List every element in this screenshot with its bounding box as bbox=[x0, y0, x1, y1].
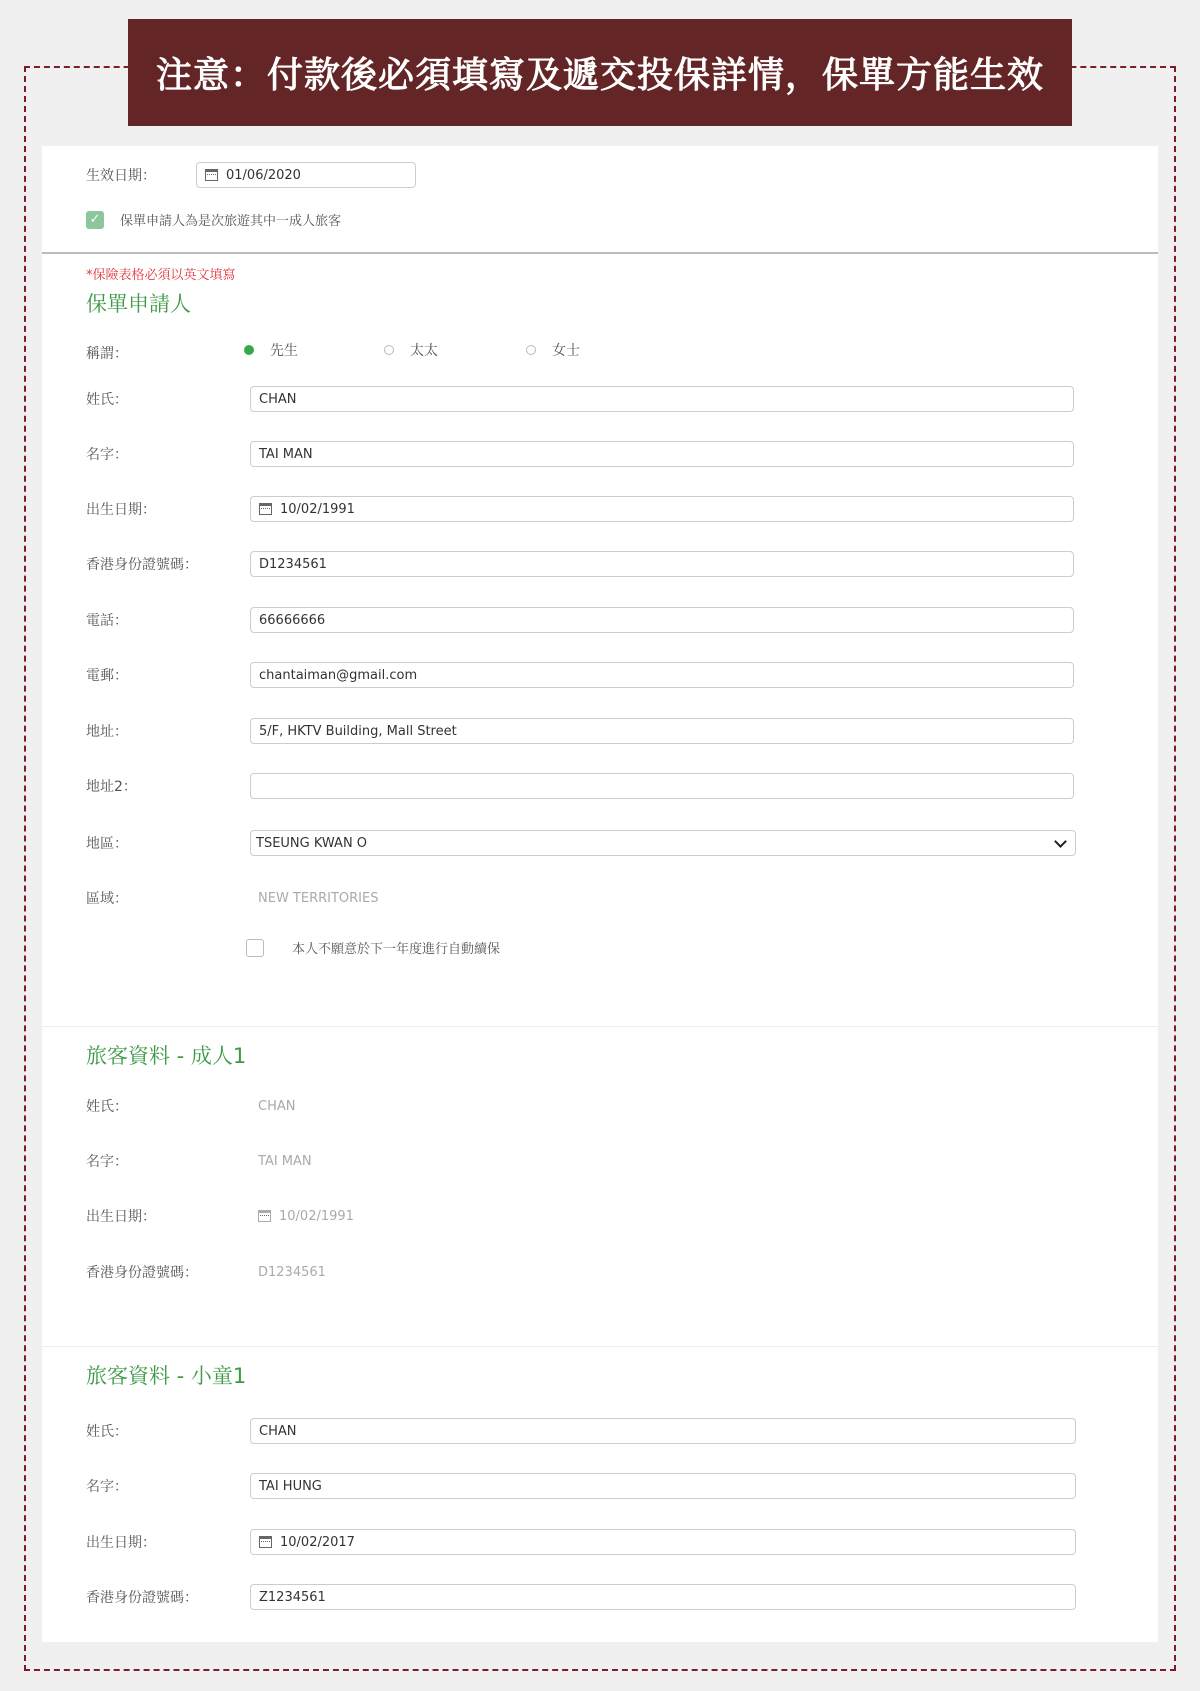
auto-renew-opt-out-label: 本人不願意於下一年度進行自動續保 bbox=[292, 938, 500, 957]
child1-surname-input[interactable]: CHAN bbox=[250, 1418, 1076, 1444]
salutation-option-label: 先生 bbox=[270, 340, 298, 360]
effective-date-label: 生效日期： bbox=[86, 165, 196, 185]
address-label: 地址： bbox=[86, 721, 250, 741]
adult1-dob-row: 出生日期： 10/02/1991 bbox=[86, 1206, 354, 1226]
salutation-option-ms[interactable]: 女士 bbox=[526, 340, 580, 360]
applicant-region-row: 區域： NEW TERRITORIES bbox=[86, 888, 379, 908]
applicant-surname-input[interactable]: CHAN bbox=[250, 386, 1074, 412]
notice-banner: 注意：付款後必須填寫及遞交投保詳情，保單方能生效 bbox=[128, 19, 1072, 126]
region-value: NEW TERRITORIES bbox=[250, 891, 379, 906]
adult1-hkid-row: 香港身份證號碼： D1234561 bbox=[86, 1262, 326, 1282]
surname-label: 姓氏： bbox=[86, 389, 250, 409]
calendar-icon bbox=[205, 169, 218, 181]
auto-renew-row: 本人不願意於下一年度進行自動續保 bbox=[246, 938, 500, 957]
dob-label: 出生日期： bbox=[86, 1532, 250, 1552]
applicant-address-input[interactable]: 5/F, HKTV Building, Mall Street bbox=[250, 718, 1074, 744]
district-select[interactable]: TSEUNG KWAN O bbox=[250, 830, 1076, 856]
applicant-email-row: 電郵： chantaiman@gmail.com bbox=[86, 662, 1074, 688]
applicant-address2-input[interactable] bbox=[250, 773, 1074, 799]
district-label: 地區： bbox=[86, 833, 250, 853]
child1-dob-row: 出生日期： 10/02/2017 bbox=[86, 1529, 1076, 1555]
adult1-dob: 10/02/1991 bbox=[250, 1209, 354, 1224]
applicant-is-traveler-checkbox[interactable]: ✓ bbox=[86, 211, 104, 229]
effective-date-row: 生效日期： 01/06/2020 bbox=[86, 162, 416, 188]
applicant-hkid-row: 香港身份證號碼： D1234561 bbox=[86, 551, 1074, 577]
section-divider bbox=[42, 1346, 1158, 1347]
adult1-surname-row: 姓氏： CHAN bbox=[86, 1096, 295, 1116]
surname-label: 姓氏： bbox=[86, 1096, 250, 1116]
adult1-section-title: 旅客資料 - 成人1 bbox=[86, 1040, 246, 1070]
child1-hkid-input[interactable]: Z1234561 bbox=[250, 1584, 1076, 1610]
child1-section-title: 旅客資料 - 小童1 bbox=[86, 1360, 246, 1390]
adult1-given-name-row: 名字： TAI MAN bbox=[86, 1151, 312, 1171]
child1-dob-input[interactable]: 10/02/2017 bbox=[250, 1529, 1076, 1555]
surname-label: 姓氏： bbox=[86, 1421, 250, 1441]
given-name-label: 名字： bbox=[86, 1151, 250, 1171]
applicant-section-title: 保單申請人 bbox=[86, 288, 191, 318]
adult1-surname-value: CHAN bbox=[250, 1099, 295, 1114]
salutation-option-label: 女士 bbox=[552, 340, 580, 360]
applicant-address-row: 地址： 5/F, HKTV Building, Mall Street bbox=[86, 718, 1074, 744]
applicant-is-traveler-row: ✓ 保單申請人為是次旅遊其中一成人旅客 bbox=[86, 210, 341, 229]
adult1-hkid-value: D1234561 bbox=[250, 1265, 326, 1280]
region-label: 區域： bbox=[86, 888, 250, 908]
address2-label: 地址2： bbox=[86, 776, 250, 796]
applicant-district-row: 地區： TSEUNG KWAN O bbox=[86, 830, 1076, 856]
email-label: 電郵： bbox=[86, 665, 250, 685]
given-name-label: 名字： bbox=[86, 444, 250, 464]
district-value: TSEUNG KWAN O bbox=[256, 836, 367, 851]
applicant-given-name-input[interactable]: TAI MAN bbox=[250, 441, 1074, 467]
calendar-icon bbox=[259, 1536, 272, 1548]
applicant-phone-input[interactable]: 66666666 bbox=[250, 607, 1074, 633]
divider bbox=[42, 252, 1158, 254]
applicant-dob-value: 10/02/1991 bbox=[280, 502, 355, 517]
applicant-given-name-row: 名字： TAI MAN bbox=[86, 441, 1074, 467]
calendar-icon bbox=[259, 503, 272, 515]
applicant-surname-row: 姓氏： CHAN bbox=[86, 386, 1074, 412]
applicant-is-traveler-label: 保單申請人為是次旅遊其中一成人旅客 bbox=[120, 210, 341, 229]
calendar-icon bbox=[258, 1210, 271, 1222]
adult1-dob-value: 10/02/1991 bbox=[279, 1209, 354, 1224]
applicant-address2-row: 地址2： bbox=[86, 773, 1074, 799]
applicant-email-input[interactable]: chantaiman@gmail.com bbox=[250, 662, 1074, 688]
salutation-option-label: 太太 bbox=[410, 340, 438, 360]
radio-unselected-icon bbox=[384, 345, 394, 355]
chevron-down-icon bbox=[1054, 835, 1067, 848]
child1-hkid-row: 香港身份證號碼： Z1234561 bbox=[86, 1584, 1076, 1610]
salutation-option-mrs[interactable]: 太太 bbox=[384, 340, 438, 360]
dob-label: 出生日期： bbox=[86, 499, 250, 519]
applicant-hkid-input[interactable]: D1234561 bbox=[250, 551, 1074, 577]
hkid-label: 香港身份證號碼： bbox=[86, 554, 250, 574]
applicant-dob-input[interactable]: 10/02/1991 bbox=[250, 496, 1074, 522]
salutation-label: 稱謂： bbox=[86, 343, 250, 363]
applicant-phone-row: 電話： 66666666 bbox=[86, 607, 1074, 633]
child1-given-name-input[interactable]: TAI HUNG bbox=[250, 1473, 1076, 1499]
radio-unselected-icon bbox=[526, 345, 536, 355]
given-name-label: 名字： bbox=[86, 1476, 250, 1496]
child1-given-name-row: 名字： TAI HUNG bbox=[86, 1473, 1076, 1499]
effective-date-value: 01/06/2020 bbox=[226, 168, 301, 183]
effective-date-input[interactable]: 01/06/2020 bbox=[196, 162, 416, 188]
hkid-label: 香港身份證號碼： bbox=[86, 1262, 250, 1282]
auto-renew-opt-out-checkbox[interactable] bbox=[246, 939, 264, 957]
radio-selected-icon bbox=[244, 345, 254, 355]
adult1-given-name-value: TAI MAN bbox=[250, 1154, 312, 1169]
child1-dob-value: 10/02/2017 bbox=[280, 1535, 355, 1550]
dob-label: 出生日期： bbox=[86, 1206, 250, 1226]
applicant-dob-row: 出生日期： 10/02/1991 bbox=[86, 496, 1074, 522]
form-panel: 生效日期： 01/06/2020 ✓ 保單申請人為是次旅遊其中一成人旅客 *保險… bbox=[42, 146, 1158, 1642]
phone-label: 電話： bbox=[86, 610, 250, 630]
english-note: *保險表格必須以英文填寫 bbox=[86, 264, 236, 283]
section-divider bbox=[42, 1026, 1158, 1027]
child1-surname-row: 姓氏： CHAN bbox=[86, 1418, 1076, 1444]
hkid-label: 香港身份證號碼： bbox=[86, 1587, 250, 1607]
salutation-option-mr[interactable]: 先生 bbox=[244, 340, 298, 360]
check-icon: ✓ bbox=[90, 212, 101, 227]
